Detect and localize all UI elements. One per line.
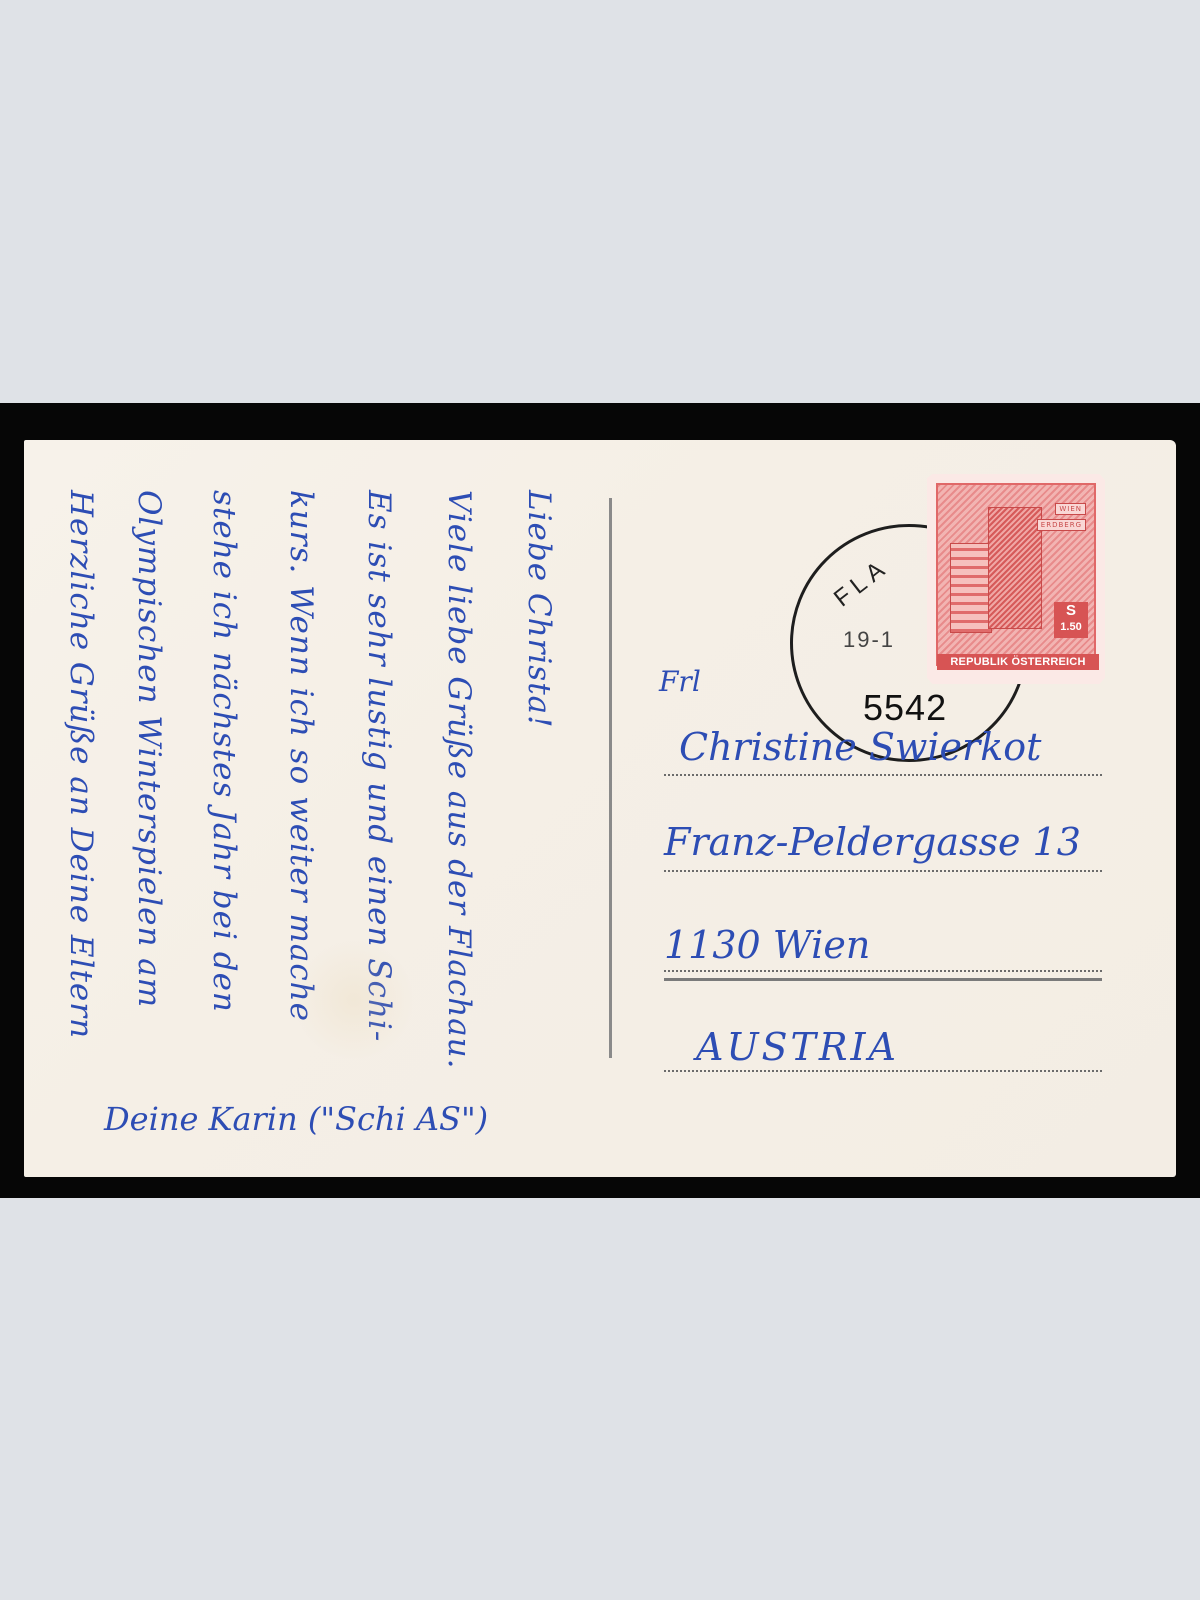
postmark-date: 19-1: [843, 627, 895, 653]
message-line: Es ist sehr lustig und einen Schi-: [363, 490, 394, 1042]
message-area: Liebe Christa! Viele liebe Grüße aus der…: [54, 460, 594, 1160]
message-line: kurs. Wenn ich so weiter mache: [285, 490, 316, 1022]
message-greeting: Liebe Christa!: [523, 490, 554, 729]
address-city: 1130 Wien: [664, 923, 870, 967]
stamp-label-top: WIEN: [1055, 503, 1086, 515]
address-line-2: [664, 870, 1102, 872]
divider-line: [609, 498, 612, 1058]
address-line-3-underline: [664, 978, 1102, 981]
address-street: Franz-Peldergasse 13: [664, 820, 1081, 864]
address-line-3: [664, 970, 1102, 972]
stamp-value: S 1.50: [1054, 602, 1088, 638]
message-line: Viele liebe Grüße aus der Flachau.: [443, 490, 474, 1070]
address-country: AUSTRIA: [696, 1025, 899, 1069]
postcard: Liebe Christa! Viele liebe Grüße aus der…: [24, 440, 1176, 1177]
stamp-building-icon: [950, 543, 992, 633]
stamp-country: REPUBLIK ÖSTERREICH: [937, 654, 1099, 670]
message-line: stehe ich nächstes Jahr bei den: [208, 490, 239, 1013]
postmark-city: FLA: [829, 553, 895, 613]
stamp-currency: S: [1054, 602, 1088, 619]
address-line-4: [664, 1070, 1102, 1072]
address-salutation: Frl: [659, 665, 701, 698]
message-signature: Deine Karin ("Schi AS"): [104, 1100, 488, 1138]
postage-stamp: WIEN ERDBERG S 1.50 REPUBLIK ÖSTERREICH: [927, 474, 1105, 684]
stamp-amount: 1.50: [1054, 619, 1088, 636]
postmark-postal-code: 5542: [863, 687, 947, 729]
stamp-image: WIEN ERDBERG S 1.50: [936, 483, 1096, 666]
address-line-1: [664, 774, 1102, 776]
stamp-tower-icon: [988, 507, 1042, 629]
message-line: Herzliche Grüße an Deine Eltern: [65, 490, 96, 1039]
address-name: Christine Swierkot: [679, 725, 1041, 769]
stamp-label-sub: ERDBERG: [1037, 519, 1086, 531]
message-line: Olympischen Winterspielen am: [133, 490, 164, 1008]
